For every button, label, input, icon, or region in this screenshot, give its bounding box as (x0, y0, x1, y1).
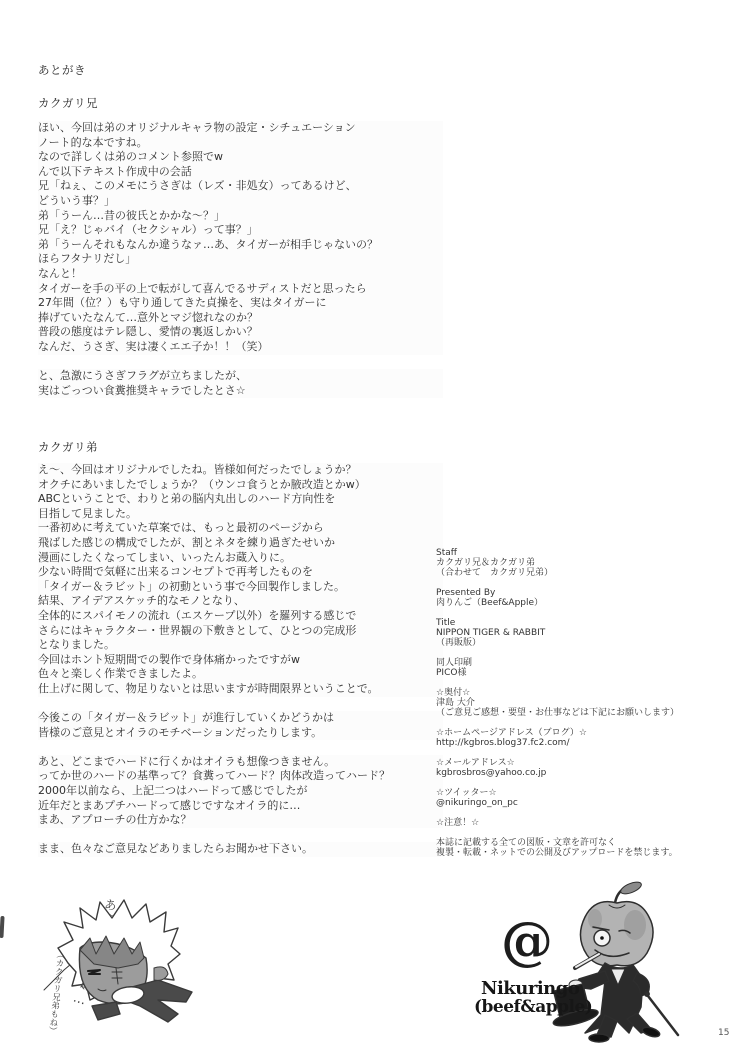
exhausted-chibi-character-illustration (28, 888, 213, 1038)
text-line: 普段の態度はテレ隠し、愛情の裏返しかい？ (38, 325, 443, 340)
text-line: 実はごっつい食糞推奨キャラでしたとさ☆ (38, 384, 443, 399)
apple-gentleman-mascot-illustration (545, 875, 690, 1045)
text-line: 目指して見ました。 (38, 507, 443, 522)
text-line: 仕上げに関して、物足りないとは思いますが時間限界ということで。 (38, 682, 443, 697)
text-line: 弟「うーん…昔の彼氏とかかな～？」 (38, 209, 443, 224)
colophon-block: ☆ホームページアドレス（ブログ）☆http://kgbros.blog37.fc… (436, 729, 726, 749)
colophon-line: 複製・転載・ネットでの公開及びアップロードを禁じます。 (436, 849, 726, 859)
circle-name-sub: (beef&apple) (474, 999, 592, 1016)
text-line: ノート的な本ですね。 (38, 136, 443, 151)
colophon-line: （合わせて カクガリ兄弟） (436, 569, 726, 579)
colophon-line: ☆注意！☆ (436, 819, 726, 829)
text-line: 結果、アイデアスケッチ的なモノとなり、 (38, 594, 443, 609)
scanned-afterword-page: あとがき カクガリ兄 ほい、今回は弟のオリジナルキャラ物の設定・シチュエーション… (0, 0, 736, 1047)
colophon-block: Presented By肉りんご（Beef&Apple） (436, 589, 726, 609)
text-line: 弟「うーんそれもなんか違うなァ…あ、タイガーが相手じゃないの？ (38, 238, 443, 253)
text-line: ほい、今回は弟のオリジナルキャラ物の設定・シチュエーション (38, 121, 443, 136)
text-line: 27年間（位？）も守り通してきた貞操を、実はタイガーに (38, 296, 443, 311)
text-line: さらにはキャラクター・世界観の下敷きとして、ひとつの完成形 (38, 624, 443, 639)
text-line: 2000年以前なら、上記二つはハードって感じでしたが (38, 784, 443, 799)
circle-name: Nikuringo (481, 980, 579, 998)
chibi-foot (92, 1002, 120, 1020)
text-line (38, 355, 443, 370)
text-line: タイガーを手の平の上で転がして喜んでるサディストだと思ったら (38, 282, 443, 297)
text-line: 飛ばした感じの構成でしたが、割とネタを練り過ぎたせいか (38, 536, 443, 551)
colophon-line: （再販版） (436, 639, 726, 649)
colophon-line: http://kgbros.blog37.fc2.com/ (436, 739, 726, 749)
colophon-block: 同人印刷PICO様 (436, 659, 726, 679)
text-line (38, 697, 443, 712)
text-line: ほらフタナリだし」 (38, 252, 443, 267)
text-line: まま、色々なご意見などありましたらお聞かせ下さい。 (38, 842, 443, 857)
colophon-block: Staffカクガリ兄＆カクガリ弟（合わせて カクガリ兄弟） (436, 549, 726, 578)
text-line: 兄「え？じゃバイ（セクシャル）って事？」 (38, 223, 443, 238)
text-line: 近年だとまあプチハードって感じですなオイラ的に… (38, 799, 443, 814)
colophon-line: （ご意見ご感想・要望・お仕事などは下記にお願いします） (436, 709, 726, 719)
colophon-block: ☆奥付☆津島 大介（ご意見ご感想・要望・お仕事などは下記にお願いします） (436, 689, 726, 718)
text-line: と、急激にうさぎフラグが立ちましたが、 (38, 369, 443, 384)
at-symbol-logo: @ (501, 916, 553, 968)
text-line: オクチにあいましたでしょうか？（ウンコ食うとか腋改造とかw） (38, 478, 443, 493)
apple-leaf (619, 880, 643, 897)
colophon-block: ☆注意！☆ (436, 819, 726, 829)
text-line: どういう事？」 (38, 194, 443, 209)
text-line: 一番初めに考えていた草案では、もっと最初のページから (38, 521, 443, 536)
text-line: 今回はホント短期間での製作で身体痛かったですがw (38, 653, 443, 668)
page-title: あとがき (38, 62, 86, 78)
text-line: 漫画にしたくなってしまい、いったんお蔵入りに。 (38, 551, 443, 566)
text-line: 兄「ねぇ、このメモにうさぎは（レズ・非処女）ってあるけど、 (38, 179, 443, 194)
colophon-line: PICO様 (436, 669, 726, 679)
text-line: あと、どこまでハードに行くかはオイラも想像つきません。 (38, 755, 443, 770)
text-line: ってか世のハードの基準って？食糞ってハード？肉体改造ってハード？ (38, 769, 443, 784)
section-heading-younger-brother: カクガリ弟 (38, 439, 98, 455)
text-line: なんだ、うさぎ、実は凄くエエ子か！！（笑） (38, 340, 443, 355)
younger-brother-comment-text: え～、今回はオリジナルでしたね。皆様如何だったでしょうか？オクチにあいましたでし… (38, 463, 443, 857)
text-line: となりました。 (38, 638, 443, 653)
text-line: まあ、アプローチの仕方かな？ (38, 813, 443, 828)
text-line: 色々と楽しく作業できましたよ。 (38, 667, 443, 682)
colophon-block: 本誌に記載する全ての図版・文章を許可なく複製・転載・ネットでの公開及びアップロー… (436, 839, 726, 859)
colophon-block: TitleNIPPON TIGER & RABBIT（再販版） (436, 619, 726, 648)
text-line: なんと！ (38, 267, 443, 282)
colophon-block: ☆メールアドレス☆kgbrosbros@yahoo.co.jp (436, 759, 726, 779)
text-line: ABCということで、わりと弟の脳内丸出しのハード方向性を (38, 492, 443, 507)
colophon-line: 同人印刷 (436, 659, 726, 669)
text-line: 今後この「タイガー＆ラビット」が進行していくかどうかは (38, 711, 443, 726)
colophon: Staffカクガリ兄＆カクガリ弟（合わせて カクガリ兄弟）Presented B… (436, 549, 726, 870)
colophon-line: 肉りんご（Beef&Apple） (436, 599, 726, 609)
text-line: 「タイガー＆ラビット」の初動という事で今回製作しました。 (38, 580, 443, 595)
text-line: んで以下テキスト作成中の会話 (38, 165, 443, 180)
page-number: 15 (718, 1028, 729, 1038)
text-line: え～、今回はオリジナルでしたね。皆様如何だったでしょうか？ (38, 463, 443, 478)
shoe-front (589, 1034, 609, 1042)
scan-edge-mark (0, 916, 5, 938)
text-line (38, 740, 443, 755)
colophon-line: @nikuringo_on_pc (436, 799, 726, 809)
colophon-line: ☆奥付☆ (436, 689, 726, 699)
text-line: なので詳しくは弟のコメント参照でw (38, 150, 443, 165)
colophon-block: ☆ツイッター☆@nikuringo_on_pc (436, 789, 726, 809)
colophon-line: kgbrosbros@yahoo.co.jp (436, 769, 726, 779)
section-heading-brother: カクガリ兄 (38, 95, 98, 111)
text-line: 皆様のご意見とオイラのモチベーションだったりします。 (38, 726, 443, 741)
text-line: 少ない時間で気軽に出来るコンセプトで再考したものを (38, 565, 443, 580)
text-line: 捧げていたなんて…意外とマジ惚れなのか？ (38, 311, 443, 326)
shoe-back (641, 1025, 661, 1038)
brother-comment-text: ほい、今回は弟のオリジナルキャラ物の設定・シチュエーションノート的な本ですね。な… (38, 121, 443, 398)
text-line (38, 828, 443, 843)
text-line: 全体的にスパイモノの流れ（エスケープ以外）を羅列する感じで (38, 609, 443, 624)
